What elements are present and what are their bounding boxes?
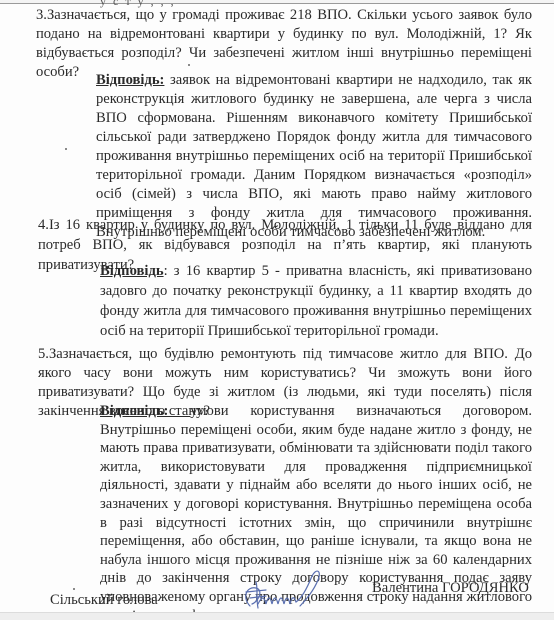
answer-4-label: Відповідь — [100, 263, 164, 279]
answer-3-label: Відповідь: — [96, 72, 164, 88]
scanned-document-page: у с т у , , , 3.Зазначається, що у грома… — [0, 0, 554, 612]
scan-speck — [65, 148, 67, 150]
signatory-title: Сільський голова — [50, 592, 158, 609]
scan-speck — [338, 582, 340, 584]
handwritten-signature-icon — [236, 568, 336, 612]
signatory-name: Валентина ГОРОДЯНКО — [372, 580, 529, 597]
cut-off-previous-line: у с т у , , , — [0, 0, 554, 4]
answer-4: Відповідь: з 16 квартир 5 - приватна вла… — [100, 261, 532, 341]
signature-block: Сільський голова Валентина ГОРОДЯНКО — [0, 574, 554, 612]
scan-speck — [73, 588, 75, 590]
page-bottom-edge — [0, 612, 554, 620]
scan-speck — [188, 64, 190, 66]
answer-4-text: : з 16 квартир 5 - приватна власність, я… — [100, 263, 532, 339]
answer-5-label: Відповідь: — [100, 403, 190, 419]
